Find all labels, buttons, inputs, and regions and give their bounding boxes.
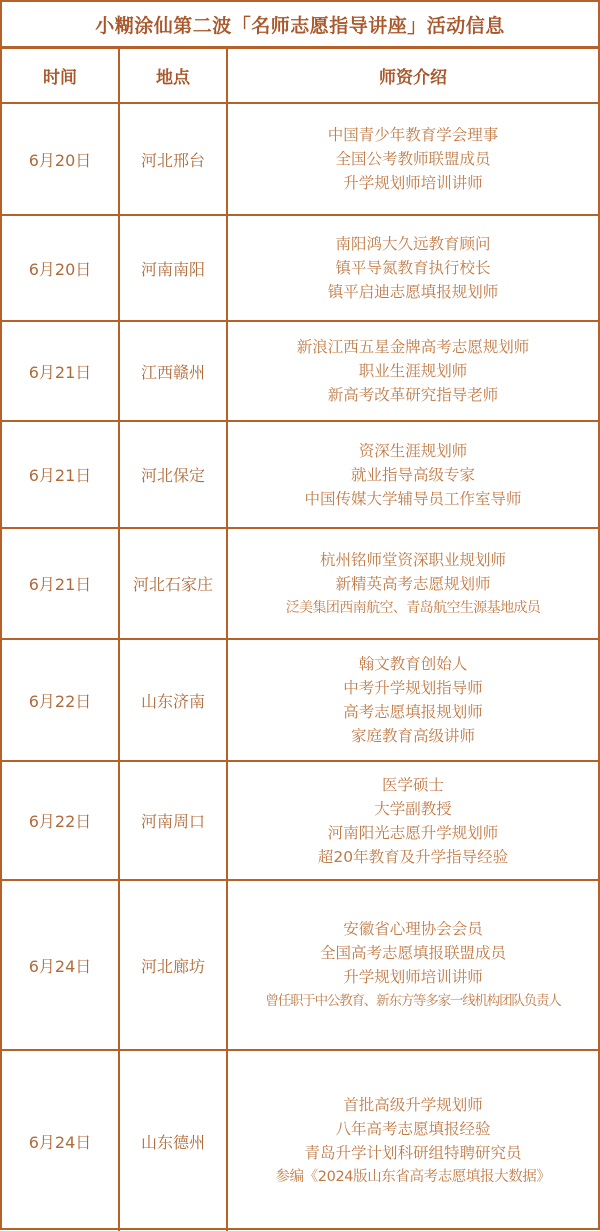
cell-date: 6月20日 <box>2 215 119 321</box>
intro-line: 中考升学规划指导师 <box>228 676 598 700</box>
cell-date: 6月22日 <box>2 761 119 880</box>
intro-line: 新精英高考志愿规划师 <box>228 572 598 596</box>
intro-line: 高考志愿填报规划师 <box>228 700 598 724</box>
intro-line: 就业指导高级专家 <box>228 463 598 487</box>
intro-line: 中国传媒大学辅导员工作室导师 <box>228 487 598 511</box>
cell-date: 6月24日 <box>2 880 119 1050</box>
table-row: 6月22日 山东济南 翰文教育创始人 中考升学规划指导师 高考志愿填报规划师 家… <box>2 639 598 761</box>
table-row: 6月21日 河北保定 资深生涯规划师 就业指导高级专家 中国传媒大学辅导员工作室… <box>2 421 598 528</box>
cell-place: 河北廊坊 <box>119 880 227 1050</box>
cell-place: 河南周口 <box>119 761 227 880</box>
table-row: 6月21日 江西赣州 新浪江西五星金牌高考志愿规划师 职业生涯规划师 新高考改革… <box>2 321 598 421</box>
intro-line: 大学副教授 <box>228 797 598 821</box>
intro-line: 翰文教育创始人 <box>228 652 598 676</box>
table-row: 6月20日 河北邢台 中国青少年教育学会理事 全国公考教师联盟成员 升学规划师培… <box>2 103 598 215</box>
cell-place: 山东济南 <box>119 639 227 761</box>
intro-line: 中国青少年教育学会理事 <box>228 123 598 147</box>
column-header-intro: 师资介绍 <box>227 48 598 103</box>
cell-date: 6月22日 <box>2 639 119 761</box>
intro-line: 泛美集团西南航空、青岛航空生源基地成员 <box>228 596 598 620</box>
table-row: 6月22日 河南周口 医学硕士 大学副教授 河南阳光志愿升学规划师 超20年教育… <box>2 761 598 880</box>
table-row: 6月24日 山东德州 首批高级升学规划师 八年高考志愿填报经验 青岛升学计划科研… <box>2 1050 598 1230</box>
intro-line: 升学规划师培训讲师 <box>228 965 598 989</box>
intro-line: 全国高考志愿填报联盟成员 <box>228 941 598 965</box>
intro-line: 超20年教育及升学指导经验 <box>228 845 598 869</box>
table-row: 6月21日 河北石家庄 杭州铭师堂资深职业规划师 新精英高考志愿规划师 泛美集团… <box>2 528 598 639</box>
cell-place: 河北保定 <box>119 421 227 528</box>
intro-line: 河南阳光志愿升学规划师 <box>228 821 598 845</box>
cell-intro: 医学硕士 大学副教授 河南阳光志愿升学规划师 超20年教育及升学指导经验 <box>227 761 598 880</box>
intro-line: 八年高考志愿填报经验 <box>228 1117 598 1141</box>
cell-place: 河北石家庄 <box>119 528 227 639</box>
intro-line: 职业生涯规划师 <box>228 359 598 383</box>
cell-intro: 翰文教育创始人 中考升学规划指导师 高考志愿填报规划师 家庭教育高级讲师 <box>227 639 598 761</box>
cell-date: 6月21日 <box>2 421 119 528</box>
cell-place: 河南南阳 <box>119 215 227 321</box>
intro-line: 杭州铭师堂资深职业规划师 <box>228 548 598 572</box>
intro-line: 新浪江西五星金牌高考志愿规划师 <box>228 335 598 359</box>
table-row: 6月24日 河北廊坊 安徽省心理协会会员 全国高考志愿填报联盟成员 升学规划师培… <box>2 880 598 1050</box>
cell-intro: 新浪江西五星金牌高考志愿规划师 职业生涯规划师 新高考改革研究指导老师 <box>227 321 598 421</box>
page-title: 小糊涂仙第二波「名师志愿指导讲座」活动信息 <box>2 2 598 48</box>
cell-place: 河北邢台 <box>119 103 227 215</box>
table-row: 6月20日 河南南阳 南阳鸿大久远教育顾问 镇平导氮教育执行校长 镇平启迪志愿填… <box>2 215 598 321</box>
intro-line: 镇平启迪志愿填报规划师 <box>228 280 598 304</box>
intro-line: 家庭教育高级讲师 <box>228 724 598 748</box>
intro-line: 镇平导氮教育执行校长 <box>228 256 598 280</box>
cell-intro: 安徽省心理协会会员 全国高考志愿填报联盟成员 升学规划师培训讲师 曾任职于中公教… <box>227 880 598 1050</box>
intro-line: 参编《2024版山东省高考志愿填报大数据》 <box>228 1165 598 1189</box>
cell-intro: 杭州铭师堂资深职业规划师 新精英高考志愿规划师 泛美集团西南航空、青岛航空生源基… <box>227 528 598 639</box>
cell-place: 江西赣州 <box>119 321 227 421</box>
intro-line: 全国公考教师联盟成员 <box>228 147 598 171</box>
intro-line: 安徽省心理协会会员 <box>228 917 598 941</box>
activity-table: 时间 地点 师资介绍 6月20日 河北邢台 中国青少年教育学会理事 全国公考教师… <box>2 47 598 1230</box>
cell-date: 6月21日 <box>2 528 119 639</box>
intro-line: 南阳鸿大久远教育顾问 <box>228 232 598 256</box>
intro-line: 医学硕士 <box>228 773 598 797</box>
intro-line: 资深生涯规划师 <box>228 439 598 463</box>
cell-date: 6月24日 <box>2 1050 119 1230</box>
cell-place: 山东德州 <box>119 1050 227 1230</box>
cell-intro: 南阳鸿大久远教育顾问 镇平导氮教育执行校长 镇平启迪志愿填报规划师 <box>227 215 598 321</box>
cell-intro: 资深生涯规划师 就业指导高级专家 中国传媒大学辅导员工作室导师 <box>227 421 598 528</box>
activity-info-table-card: 小糊涂仙第二波「名师志愿指导讲座」活动信息 时间 地点 师资介绍 6月20日 河… <box>0 0 600 1230</box>
intro-line: 新高考改革研究指导老师 <box>228 383 598 407</box>
cell-date: 6月21日 <box>2 321 119 421</box>
intro-line: 青岛升学计划科研组特聘研究员 <box>228 1141 598 1165</box>
table-header-row: 时间 地点 师资介绍 <box>2 48 598 103</box>
column-header-time: 时间 <box>2 48 119 103</box>
column-header-place: 地点 <box>119 48 227 103</box>
cell-date: 6月20日 <box>2 103 119 215</box>
cell-intro: 首批高级升学规划师 八年高考志愿填报经验 青岛升学计划科研组特聘研究员 参编《2… <box>227 1050 598 1230</box>
intro-line: 曾任职于中公教育、新东方等多家一线机构团队负责人 <box>228 989 598 1013</box>
intro-line: 升学规划师培训讲师 <box>228 171 598 195</box>
cell-intro: 中国青少年教育学会理事 全国公考教师联盟成员 升学规划师培训讲师 <box>227 103 598 215</box>
intro-line: 首批高级升学规划师 <box>228 1093 598 1117</box>
